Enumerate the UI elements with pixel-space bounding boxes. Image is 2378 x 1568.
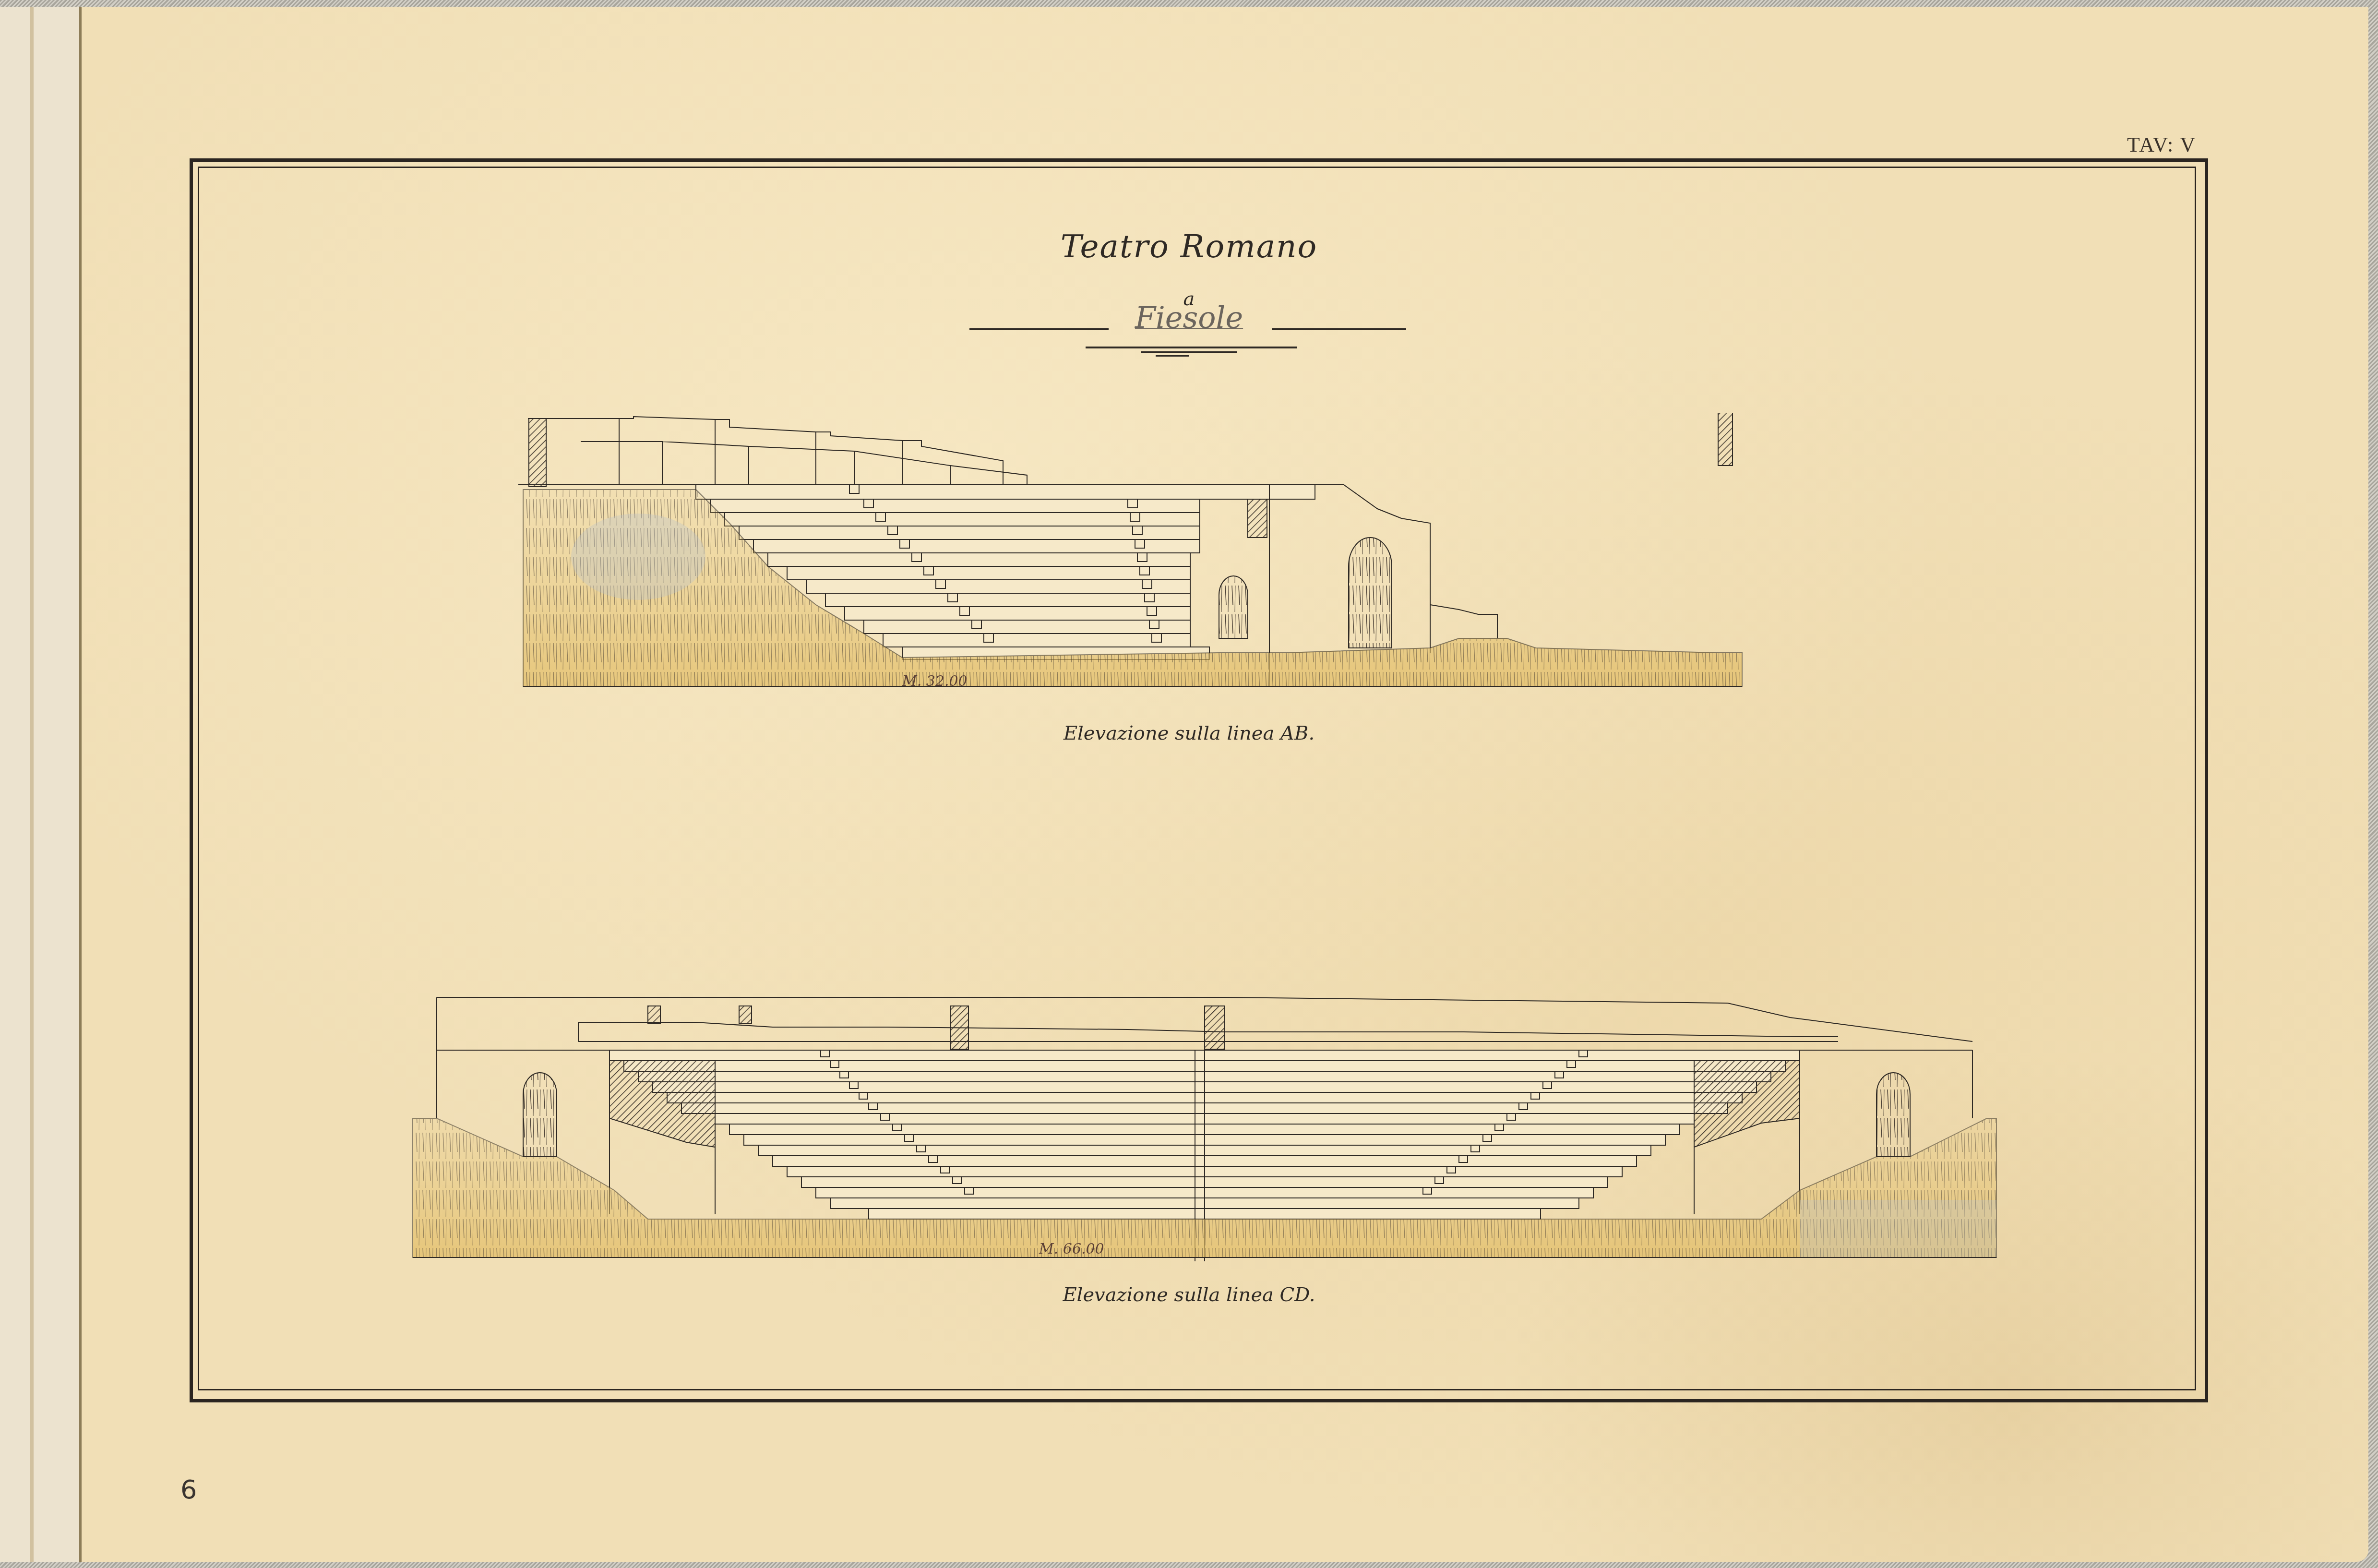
title-rule-under [1086, 347, 1297, 348]
title-rule-left [969, 328, 1109, 330]
page-number: 6 [180, 1474, 197, 1505]
title-rule-right [1272, 328, 1406, 330]
elevation-ab-caption: Elevazione sulla linea AB. [0, 722, 2378, 744]
elevation-ab-scale: M. 32.00 [902, 673, 968, 690]
elevation-cd-drawing [408, 989, 2001, 1267]
elevation-cd-caption: Elevazione sulla linea CD. [0, 1284, 2378, 1306]
title-rule-under-2 [1141, 351, 1237, 353]
plate-label: TAV: V [2127, 132, 2196, 157]
elevation-cd-scale: M. 66.00 [1039, 1241, 1104, 1257]
elevation-ab-drawing [518, 413, 1766, 701]
title-place: Fiesole [0, 300, 2378, 335]
title-rule-under-3 [1156, 355, 1189, 357]
title-main: Teatro Romano [0, 228, 2378, 265]
